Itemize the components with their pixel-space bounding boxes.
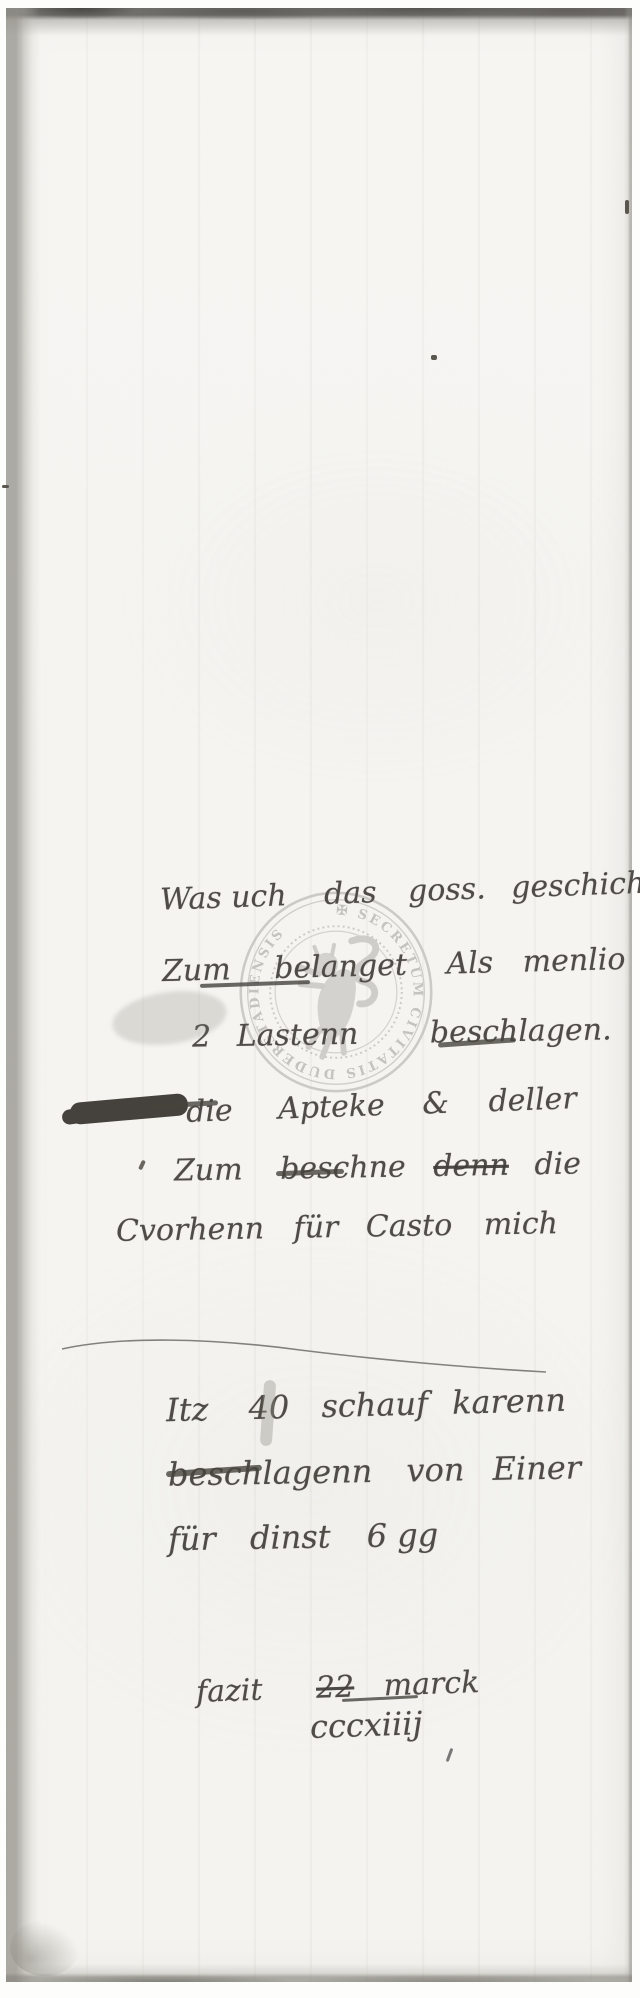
bottom-left-smudge — [10, 1920, 80, 1976]
word: Einer — [492, 1448, 581, 1488]
word: Lastenn — [236, 1017, 358, 1054]
word: Cvorhenn — [116, 1211, 265, 1249]
word: 6 gg — [366, 1516, 438, 1555]
word: die — [534, 1146, 581, 1182]
word: mich — [483, 1206, 558, 1242]
left-fold-edge — [6, 8, 40, 1982]
word: beschne — [280, 1150, 406, 1187]
word-struck: denn — [433, 1148, 509, 1184]
torn-top-edge — [6, 8, 632, 38]
word: fazit — [195, 1673, 263, 1710]
word: Als — [446, 945, 494, 981]
word: Apteke — [278, 1088, 386, 1127]
ink-speck — [431, 355, 437, 360]
margin-fleck — [2, 485, 9, 488]
right-page-edge — [624, 8, 632, 1982]
manuscript-line-3: 2 Lastenn beschlagen. — [192, 1012, 612, 1054]
word: für — [293, 1210, 338, 1246]
torn-bottom-edge — [6, 1964, 632, 1982]
word: Was uch — [160, 878, 288, 917]
word: von — [406, 1450, 465, 1489]
word: geschicht — [511, 865, 640, 905]
city-seal-stamp: ✠ SECRETUM CIVITATIS DUDERSTADIENSIS — [228, 884, 444, 1100]
word: dinst — [250, 1518, 331, 1557]
word: & — [422, 1086, 450, 1122]
roman-numeral: cccxiiij — [309, 1704, 423, 1746]
word: goss. — [407, 871, 486, 909]
word: menlio — [522, 942, 626, 980]
word: Zum — [174, 1152, 243, 1188]
word: die — [186, 1093, 234, 1130]
scanned-manuscript: { "manuscript": { "description": "Aged h… — [0, 0, 640, 1998]
separator-path — [62, 1340, 546, 1372]
word: Casto — [366, 1208, 453, 1245]
word: das — [323, 875, 377, 912]
separator-stroke — [0, 1330, 640, 1400]
edge-fleck — [625, 200, 629, 214]
word: deller — [488, 1081, 577, 1119]
word: für — [168, 1520, 216, 1559]
manuscript-line-5: Zum beschne denn die — [174, 1146, 582, 1188]
manuscript-line-11-roman-total: cccxiiij — [309, 1704, 423, 1746]
manuscript-line-9: für dinst 6 gg — [168, 1516, 439, 1559]
